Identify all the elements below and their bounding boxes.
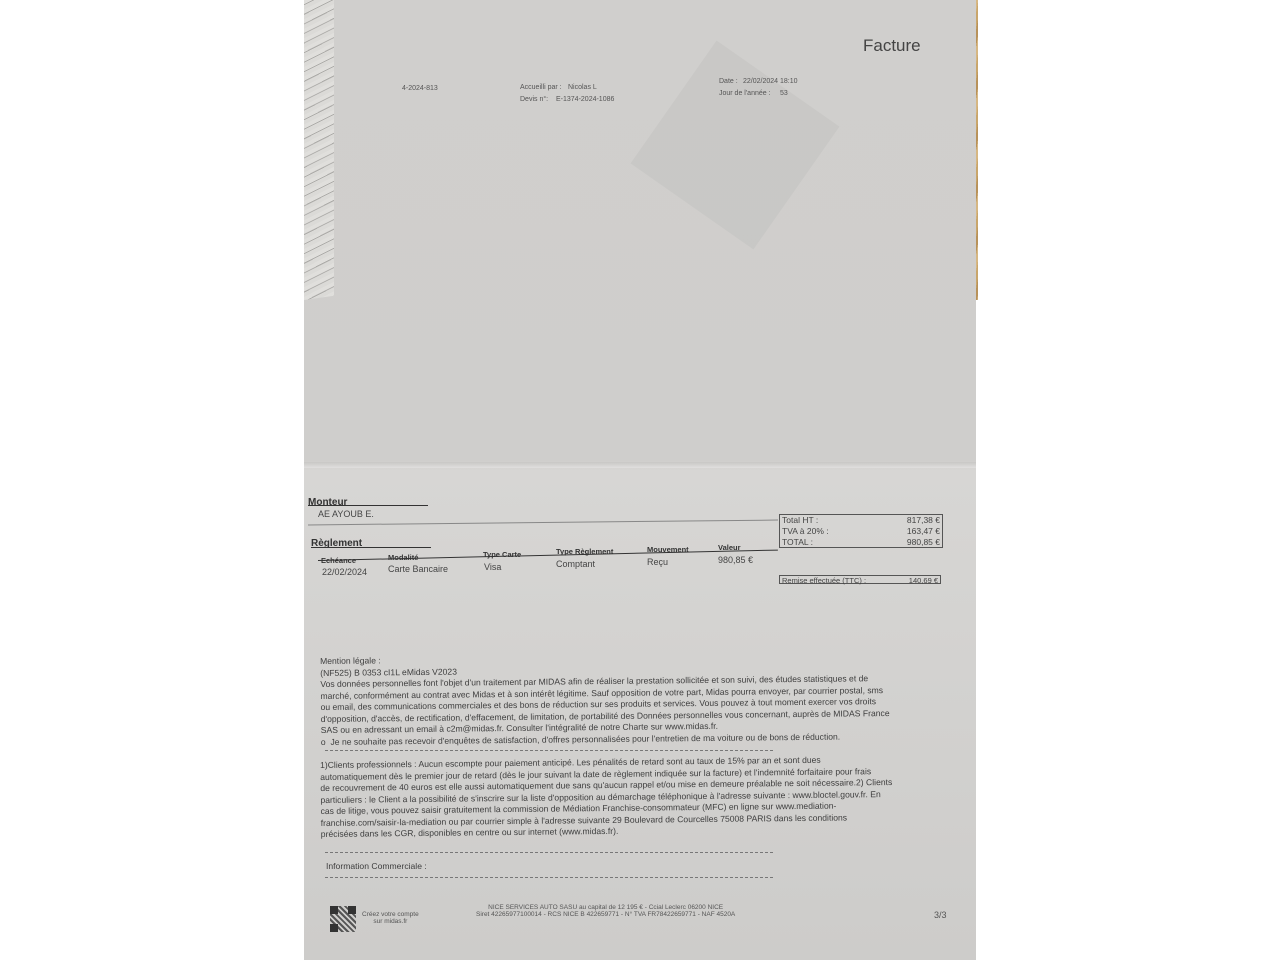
clients-conditions-block: 1)Clients professionnels : Aucun escompt… — [320, 753, 951, 840]
date-value: 22/02/2024 18:10 — [743, 78, 798, 85]
tva-row: TVA à 20% :163,47 € — [780, 526, 942, 537]
jour-annee-label: Jour de l'année : — [719, 90, 771, 97]
remise-label: Remise effectuée (TTC) : — [782, 576, 866, 583]
total-ttc-row: TOTAL :980,85 € — [780, 537, 942, 548]
book-pages-edge — [304, 0, 334, 300]
totals-box: Total HT :817,38 € TVA à 20% :163,47 € T… — [779, 514, 943, 548]
reglement-type-carte: Visa — [484, 562, 501, 572]
remise-box: Remise effectuée (TTC) : 140,69 € — [779, 575, 941, 584]
total-ht-row: Total HT :817,38 € — [780, 515, 942, 526]
jour-annee-value: 53 — [780, 90, 788, 97]
reglement-mouvement: Reçu — [647, 557, 668, 567]
monteur-name: AE AYOUB E. — [318, 509, 374, 519]
separator-dashed — [325, 750, 773, 751]
company-line1: NICE SERVICES AUTO SASU au capital de 12… — [476, 904, 735, 911]
reglement-underline — [311, 547, 431, 548]
separator-dashed — [325, 852, 773, 853]
qr-caption-line2: sur midas.fr — [362, 918, 419, 925]
devis-value: E-1374-2024-1086 — [556, 96, 614, 103]
company-line2: Siret 42265977100014 - RCS NICE B 422659… — [476, 911, 735, 918]
total-ht-value: 817,38 € — [907, 515, 940, 526]
company-info: NICE SERVICES AUTO SASU au capital de 12… — [476, 904, 735, 918]
accueilli-par-value: Nicolas L — [568, 84, 597, 91]
page-number: 3/3 — [934, 910, 947, 920]
information-commerciale: Information Commerciale : — [326, 861, 427, 871]
devis-label: Devis n°: — [520, 96, 548, 103]
monteur-heading: Monteur — [308, 497, 347, 508]
reglement-valeur: 980,85 € — [718, 555, 753, 565]
legal-block: Mention légale : (NF525) B 0353 cI1L eMi… — [320, 649, 951, 748]
qr-caption: Créez votre compte sur midas.fr — [362, 911, 419, 925]
invoice-reference: 4-2024-813 — [402, 85, 438, 92]
monteur-underline — [308, 505, 428, 506]
reglement-modalite: Carte Bancaire — [388, 564, 448, 574]
tva-value: 163,47 € — [907, 526, 940, 537]
reglement-echeance: 22/02/2024 — [322, 567, 367, 577]
qr-code-icon[interactable] — [330, 906, 356, 932]
date-label: Date : — [719, 78, 738, 85]
qr-caption-line1: Créez votre compte — [362, 911, 419, 918]
reglement-type-reglement: Comptant — [556, 559, 595, 569]
accueilli-par-label: Accueilli par : — [520, 84, 562, 91]
separator-dashed — [325, 877, 773, 878]
remise-value: 140,69 € — [909, 576, 938, 583]
paper-fold — [304, 462, 976, 468]
total-ht-label: Total HT : — [782, 515, 818, 526]
total-label: TOTAL : — [782, 537, 813, 548]
total-value: 980,85 € — [907, 537, 940, 548]
tva-label: TVA à 20% : — [782, 526, 829, 537]
document-title: Facture — [863, 36, 921, 56]
optout-checkbox[interactable]: o — [321, 736, 326, 746]
